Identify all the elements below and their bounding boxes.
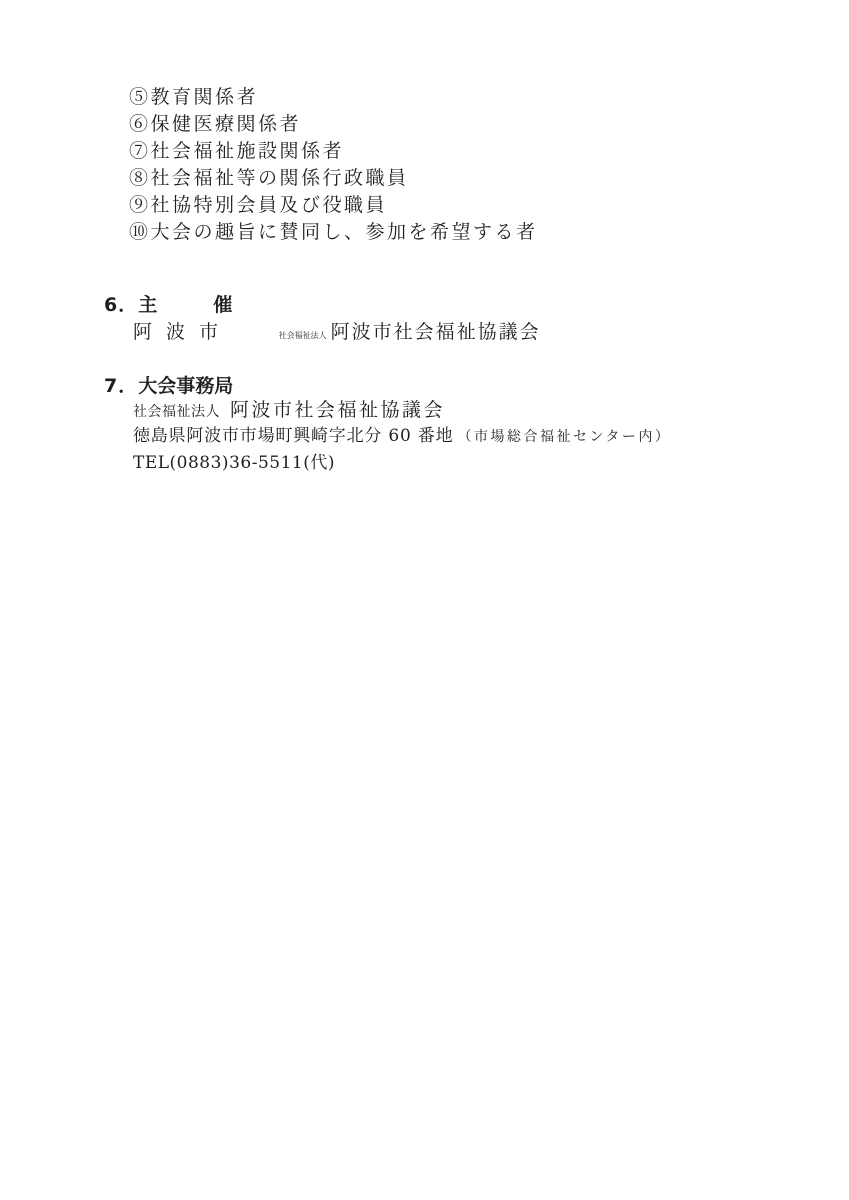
list-item-5-education: ⑤教育関係者: [129, 84, 538, 111]
secretariat-address-note: （市場総合福祉センター内）: [457, 429, 671, 445]
organizer-city-name: 阿 波 市: [133, 321, 221, 343]
secretariat-legal-entity-prefix: 社会福祉法人: [133, 404, 220, 420]
document-page: ⑤教育関係者 ⑥保健医療関係者 ⑦社会福祉施設関係者 ⑧社会福祉等の関係行政職員…: [0, 0, 849, 1200]
organizer-line: 阿 波 市社会福祉法人阿波市社会福祉協議会: [133, 320, 541, 348]
section-secretariat-number: 7．: [104, 375, 138, 397]
list-item-6-health: ⑥保健医療関係者: [129, 111, 538, 138]
organizer-org-name: 阿波市社会福祉協議会: [331, 321, 541, 343]
section-secretariat-heading: 7．大会事務局: [104, 375, 233, 397]
list-item-8-admin-staff: ⑧社会福祉等の関係行政職員: [129, 165, 538, 192]
section-organizer-heading: 6．主 催: [104, 294, 238, 316]
list-item-10-general: ⑩大会の趣旨に賛同し、参加を希望する者: [129, 219, 538, 246]
section-organizer-number: 6．: [104, 294, 138, 316]
secretariat-org-line: 社会福祉法人阿波市社会福祉協議会: [133, 398, 445, 424]
secretariat-phone: TEL(0883)36-5511(代): [133, 452, 335, 474]
eligible-participants-list: ⑤教育関係者 ⑥保健医療関係者 ⑦社会福祉施設関係者 ⑧社会福祉等の関係行政職員…: [129, 84, 538, 246]
organizer-legal-entity-prefix: 社会福祉法人: [279, 331, 327, 340]
section-secretariat-title: 大会事務局: [138, 375, 233, 397]
list-item-7-welfare-facility: ⑦社会福祉施設関係者: [129, 138, 538, 165]
secretariat-address: 徳島県阿波市市場町興崎字北分 60 番地: [133, 426, 453, 446]
secretariat-org-name: 阿波市社会福祉協議会: [230, 399, 445, 421]
secretariat-address-line: 徳島県阿波市市場町興崎字北分 60 番地（市場総合福祉センター内）: [133, 425, 671, 448]
section-organizer-title: 主 催: [138, 294, 238, 316]
list-item-9-special-members: ⑨社協特別会員及び役職員: [129, 192, 538, 219]
